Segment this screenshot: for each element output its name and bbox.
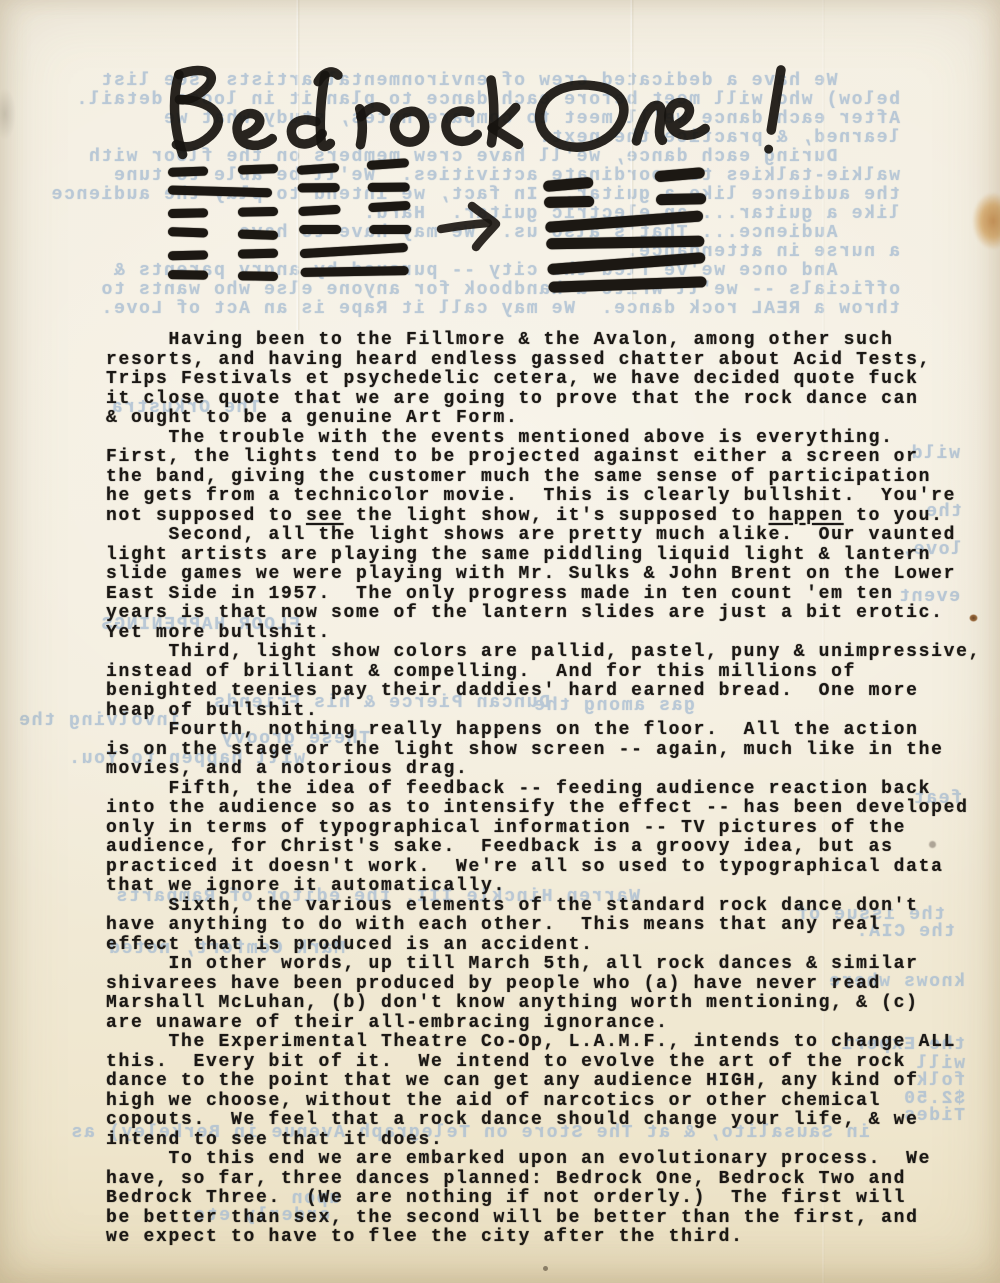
hand-drawn-right-arrow-icon	[436, 198, 514, 256]
hexagram-bar	[297, 163, 340, 175]
hexagram-line-broken	[168, 164, 278, 177]
hexagram-line-broken	[168, 207, 278, 218]
typed-line: Marshall McLuhan, (b) don't know anythin…	[106, 994, 986, 1014]
hexagram-bar	[168, 208, 208, 218]
typed-line: the band, giving the customer much the s…	[106, 468, 986, 488]
hexagram-line-solid	[546, 236, 708, 250]
typed-line: movies, and a notorious drag.	[106, 760, 986, 780]
hexagram-bar	[547, 252, 705, 275]
typed-line: light artists are playing the same piddl…	[106, 546, 986, 566]
hexagram-line-solid	[301, 266, 413, 277]
typed-line: this. Every bit of it. We intend to evol…	[106, 1053, 986, 1073]
typed-line: audience, for Christ's sake. Feedback is…	[106, 838, 986, 858]
hexagram-line-solid	[300, 243, 412, 259]
hexagram-bar	[546, 236, 704, 250]
hexagram-bar	[168, 270, 208, 280]
typed-line: is on the stage or the light show screen…	[106, 741, 986, 761]
typed-line: heap of bullshit.	[106, 702, 986, 722]
hexagram-line-solid	[168, 185, 278, 197]
typed-line: have, so far, three dances planned: Bedr…	[106, 1170, 986, 1190]
hexagram-line-broken	[298, 201, 410, 216]
hexagram-bar	[301, 266, 409, 277]
typed-line: Trips Festivals et psychedelic cetera, w…	[106, 370, 986, 390]
hexagram-bar	[168, 167, 208, 177]
hexagram-bar	[298, 183, 340, 192]
hexagram-bar	[238, 230, 278, 240]
hexagram-bar	[656, 193, 706, 205]
typed-line: In other words, up till March 5th, all r…	[106, 955, 986, 975]
typed-line: The trouble with the events mentioned ab…	[106, 429, 986, 449]
typed-line: instead of brilliant & compelling. And f…	[106, 663, 986, 683]
typed-line: East Side in 1957. The only progress mad…	[106, 585, 986, 605]
typed-line: only in terms of typographical informati…	[106, 819, 986, 839]
typed-line: high we choose, without the aid of narco…	[106, 1092, 986, 1112]
typed-line: he gets from a technicolor movie. This i…	[106, 487, 986, 507]
typed-line: resorts, and having heard endless gassed…	[106, 351, 986, 371]
typed-line: dance to the point that we can get any a…	[106, 1072, 986, 1092]
typed-line: Having been to the Fillmore & the Avalon…	[106, 331, 986, 351]
typed-line: Bedrock Three. (We are nothing if not or…	[106, 1189, 986, 1209]
scanned-flyer-page: { "document": { "handwritten_title": "Be…	[0, 0, 1000, 1283]
hexagram-line-broken	[168, 249, 278, 261]
paper-stain	[543, 1266, 548, 1271]
hexagram-bar	[300, 243, 408, 258]
typed-line: The Experimental Theatre Co-Op, L.A.M.F.…	[106, 1033, 986, 1053]
hexagram-line-broken	[168, 227, 278, 240]
hexagram-bar	[168, 250, 208, 260]
hexagram-line-broken	[298, 183, 410, 193]
typed-line: & ought to be a genuine Art Form.	[106, 409, 986, 429]
hexagram-bar	[367, 158, 410, 170]
hexagram-line-solid	[547, 252, 709, 275]
typed-line: be better than sex, the second will be b…	[106, 1209, 986, 1229]
hexagram-line-solid	[548, 276, 710, 293]
hexagram-bar	[299, 225, 341, 234]
hexagram-bar	[543, 177, 594, 192]
hexagram-bar	[168, 227, 208, 237]
typed-line: intend to see that it does.	[106, 1131, 986, 1151]
typed-line: are unaware of their all-embracing ignor…	[106, 1014, 986, 1034]
hexagram-bar	[238, 249, 278, 259]
typed-line: that we ignore it automatically.	[106, 877, 986, 897]
typed-line: into the audience so as to intensify the…	[106, 799, 986, 819]
typed-line: First, the lights tend to be projected a…	[106, 448, 986, 468]
typed-line: shivarees have been produced by people w…	[106, 975, 986, 995]
hexagram-bar	[368, 183, 410, 192]
typed-line: not supposed to see the light show, it's…	[106, 507, 986, 527]
hexagram-bar	[298, 205, 340, 216]
typed-line: copouts. We feel that a rock dance shoul…	[106, 1111, 986, 1131]
hexagram-bar	[368, 201, 410, 212]
typed-body-text: Having been to the Fillmore & the Avalon…	[106, 331, 986, 1248]
typed-line: Fifth, the idea of feedback -- feeding a…	[106, 780, 986, 800]
hexagram-bar	[369, 225, 411, 234]
typed-line: have anything to do with each other. Thi…	[106, 916, 986, 936]
typed-line: it close quote that we are going to prov…	[106, 390, 986, 410]
hexagram-line-broken	[299, 225, 411, 234]
hexagram-bar	[548, 276, 706, 293]
hexagram-right	[543, 170, 711, 304]
typed-line: effect that is produced is an accident.	[106, 936, 986, 956]
typed-line: Third, light show colors are pallid, pas…	[106, 643, 986, 663]
hexagram-line-broken	[544, 193, 706, 208]
hexagram-bar	[168, 185, 272, 197]
typed-line: years is that now some of the lantern sl…	[106, 604, 986, 624]
typed-line: Yet more bullshit.	[106, 624, 986, 644]
hexagram-left	[168, 166, 278, 292]
hexagram-bar	[238, 207, 278, 217]
hexagram-bar	[544, 196, 594, 208]
hexagram-bar	[238, 271, 278, 281]
hexagram-line-broken	[168, 270, 278, 281]
typed-line: slide games we were playing with Mr. Sul…	[106, 565, 986, 585]
hexagram-line-solid	[545, 210, 707, 233]
hexagram-middle	[297, 160, 413, 290]
typed-line: benighted teenies pay their daddies' har…	[106, 682, 986, 702]
typed-line: Fourth, nothing really happens on the fl…	[106, 721, 986, 741]
typed-line: Second, all the light shows are pretty m…	[106, 526, 986, 546]
hexagram-bar	[238, 164, 278, 174]
typed-line: we expect to have to flee the city after…	[106, 1228, 986, 1248]
typed-line: Sixth, the various elements of the stand…	[106, 897, 986, 917]
typed-line: practiced it doesn't work. We're all so …	[106, 858, 986, 878]
hexagram-bar	[545, 210, 703, 233]
typed-line: To this end we are embarked upon an evol…	[106, 1150, 986, 1170]
